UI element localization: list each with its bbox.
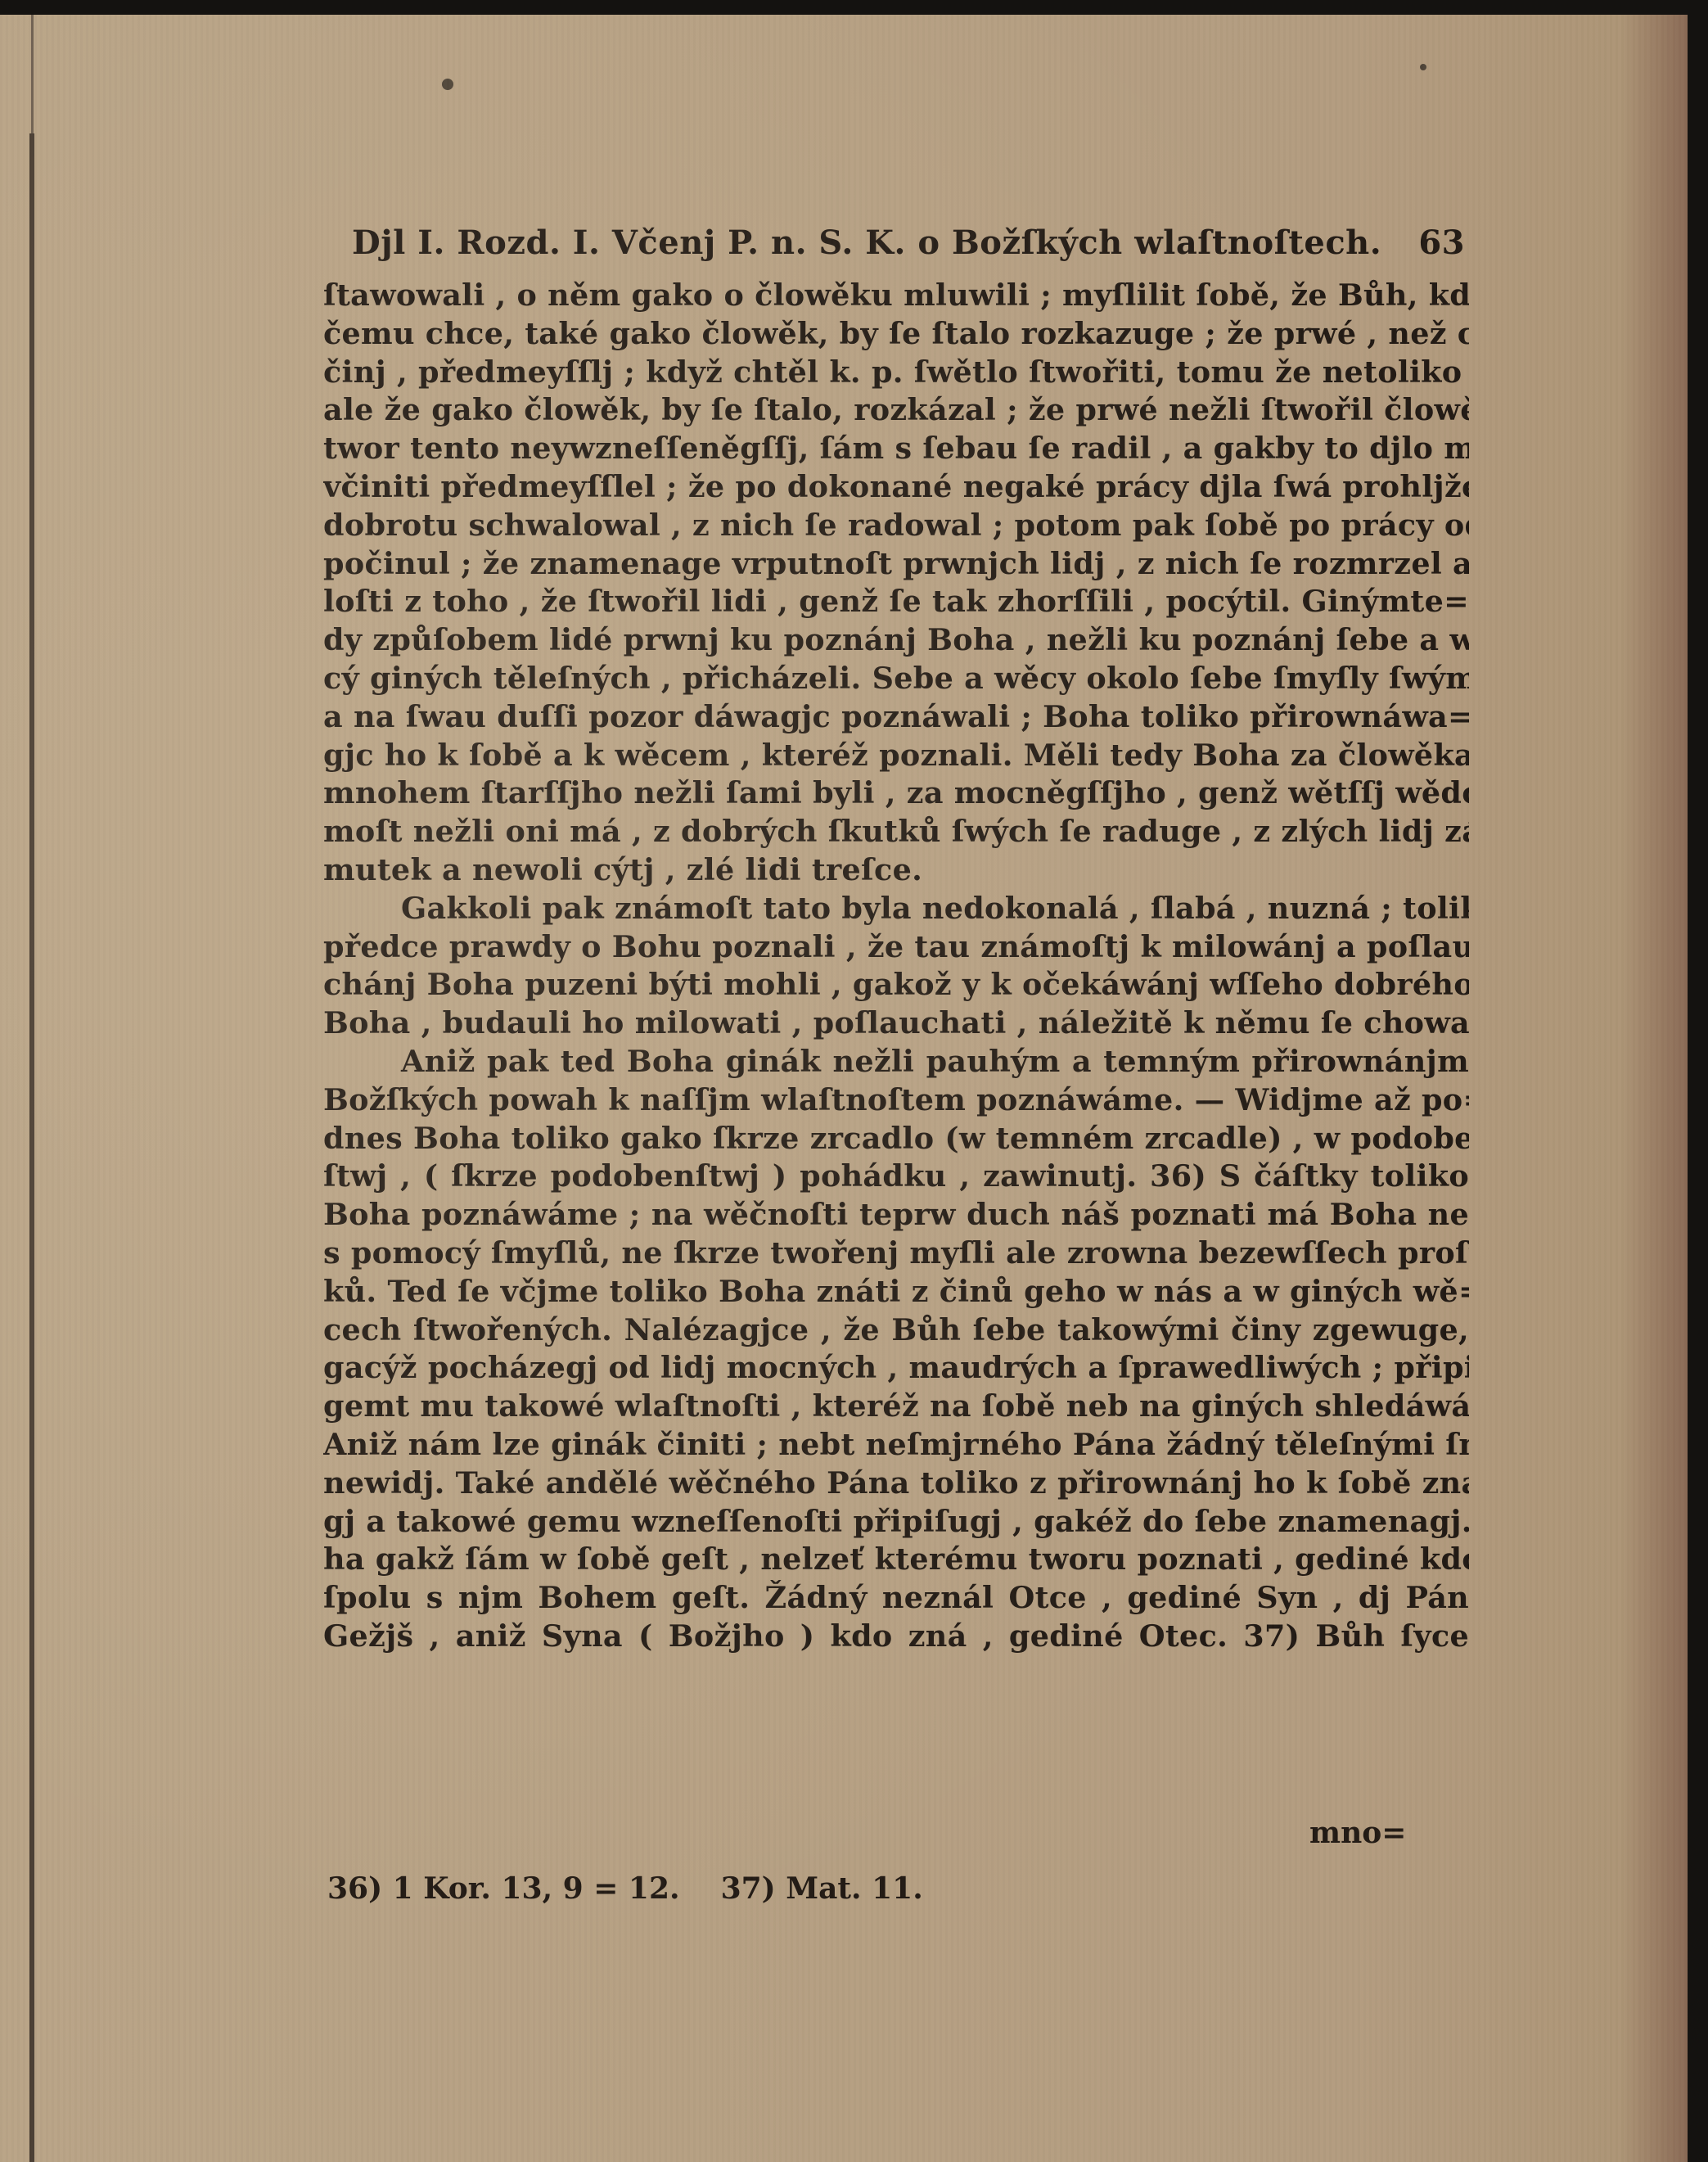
text-line: ſpolu s njm Bohem geſt. Žádný neznál Otc… (323, 1579, 1469, 1618)
text-line: dobrotu schwalowal , z nich ſe radowal ;… (323, 507, 1469, 545)
text-line: cý giných těleſných , přicházeli. Sebe a… (323, 660, 1469, 698)
page-number: 63 (1418, 223, 1465, 262)
footnotes: 36) 1 Kor. 13, 9 = 12. 37) Mat. 11. (327, 1871, 923, 1906)
text-line: ſtawowali , o něm gako o člowěku mluwili… (323, 277, 1469, 315)
text-line: včiniti předmeyſſlel ; že po dokonané ne… (323, 468, 1469, 507)
running-header: Djl I. Rozd. I. Včenj P. n. S. K. o Božſ… (352, 223, 1465, 262)
text-line: chánj Boha puzeni býti mohli , gakož y k… (323, 966, 1469, 1004)
text-line: moſt nežli oni má , z dobrých ſkutků ſwý… (323, 813, 1469, 851)
text-line: gacýž pocházegj od lidj mocných , maudrý… (323, 1349, 1469, 1388)
text-line: newidj. Také andělé wěčného Pána toliko … (323, 1465, 1469, 1503)
body-text: ſtawowali , o něm gako o člowěku mluwili… (323, 277, 1469, 1656)
text-line: ſtwj , ( ſkrze podobenſtwj ) pohádku , z… (323, 1158, 1469, 1196)
running-title: Djl I. Rozd. I. Včenj P. n. S. K. o Božſ… (352, 223, 1381, 262)
text-line: a na ſwau duſſi pozor dáwagjc poznáwali … (323, 698, 1469, 737)
text-line: dy způſobem lidé prwnj ku poznánj Boha ,… (323, 621, 1469, 660)
text-line: s pomocý ſmyſlů, ne ſkrze twořenj myſli … (323, 1234, 1469, 1273)
text-line: počinul ; že znamenage vrputnoſt prwnjch… (323, 545, 1469, 584)
text-line: činj , předmeyſſlj ; když chtěl k. p. ſw… (323, 354, 1469, 392)
gutter-line (29, 133, 34, 2162)
text-line: mutek a newoli cýtj , zlé lidi treſce. (323, 851, 1469, 890)
ink-spot (1420, 64, 1426, 70)
text-line: cech ſtwořených. Nalézagjce , že Bůh ſeb… (323, 1311, 1469, 1350)
text-line: ků. Ted ſe včjme toliko Boha znáti z čin… (323, 1273, 1469, 1311)
ink-spot (442, 79, 453, 90)
footnote-37: 37) Mat. 11. (721, 1871, 923, 1906)
text-line: gjc ho k ſobě a k wěcem , kteréž poznali… (323, 737, 1469, 775)
text-line: twor tento neywzneſſeněgſſj, ſám s ſebau… (323, 430, 1469, 468)
text-line: předce prawdy o Bohu poznali , že tau zn… (323, 928, 1469, 967)
text-line: Gakkoli pak známoſt tato byla nedokonalá… (323, 890, 1469, 928)
text-line: mnohem ſtarſſjho nežli ſami byli , za mo… (323, 774, 1469, 813)
book-page: Djl I. Rozd. I. Včenj P. n. S. K. o Božſ… (0, 15, 1688, 2162)
text-line: Gežjš , aniž Syna ( Božjho ) kdo zná , g… (323, 1618, 1469, 1656)
text-line: loſti z toho , že ſtwořil lidi , genž ſe… (323, 583, 1469, 621)
text-line: Aniž pak ted Boha ginák nežli pauhým a t… (323, 1043, 1469, 1081)
text-line: gj a takowé gemu wzneſſenoſti připiſugj … (323, 1503, 1469, 1541)
gutter-line (31, 15, 34, 133)
catchword: mno= (1309, 1816, 1406, 1850)
text-line: Boha , budauli ho milowati , poſlauchati… (323, 1004, 1469, 1043)
text-line: gemt mu takowé wlaſtnoſti , kteréž na ſo… (323, 1388, 1469, 1426)
text-line: Aniž nám lze ginák činiti ; nebt neſmjrn… (323, 1426, 1469, 1465)
footnote-36: 36) 1 Kor. 13, 9 = 12. (327, 1871, 680, 1906)
text-line: ha gakž ſám w ſobě geſt , nelzeť kterému… (323, 1541, 1469, 1579)
text-line: Boha poznáwáme ; na wěčnoſti teprw duch … (323, 1196, 1469, 1234)
text-line: ale že gako člowěk, by ſe ſtalo, rozkáza… (323, 391, 1469, 430)
text-line: Božſkých powah k naſſjm wlaſtnoſtem pozn… (323, 1081, 1469, 1120)
text-line: čemu chce, také gako člowěk, by ſe ſtalo… (323, 315, 1469, 354)
text-line: dnes Boha toliko gako ſkrze zrcadlo (w t… (323, 1120, 1469, 1158)
